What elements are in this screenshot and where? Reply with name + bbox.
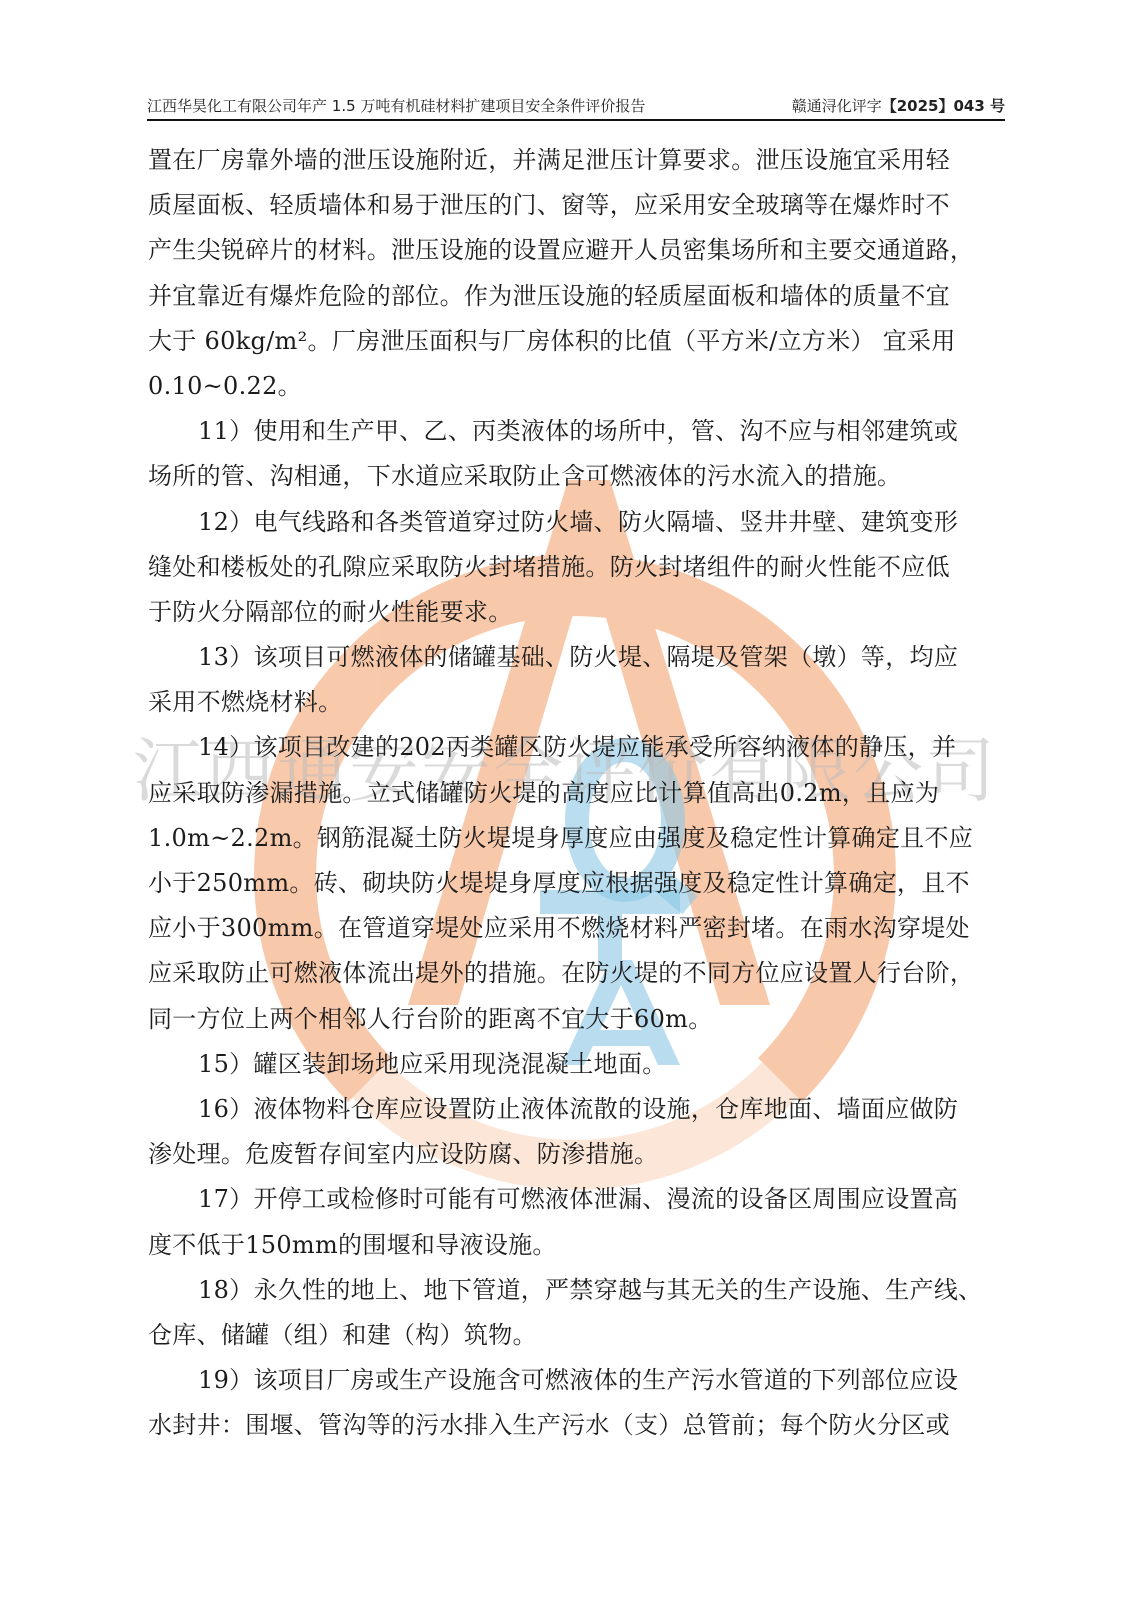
text-line: 度不低于150mm的围堰和导液设施。 bbox=[148, 1223, 1008, 1268]
item-11-first-line: 11）使用和生产甲、乙、丙类液体的场所中，管、沟不应与相邻建筑或 bbox=[148, 409, 1008, 454]
document-body: 置在厂房靠外墙的泄压设施附近，并满足泄压计算要求。泄压设施宜采用轻 质屋面板、轻… bbox=[148, 138, 1008, 1448]
text-line: 渗处理。危废暂存间室内应设防腐、防渗措施。 bbox=[148, 1132, 1008, 1177]
text-line: 产生尖锐碎片的材料。泄压设施的设置应避开人员密集场所和主要交通道路， bbox=[148, 228, 1008, 273]
text-line: 0.10~0.22。 bbox=[148, 364, 1008, 409]
document-number: 赣通浔化评字【2025】043 号 bbox=[792, 95, 1005, 116]
doc-number-prefix: 赣通浔化评字 bbox=[792, 97, 882, 115]
text-line: 同一方位上两个相邻人行台阶的距离不宜大于60m。 bbox=[148, 997, 1008, 1042]
item-16-first-line: 16）液体物料仓库应设置防止液体流散的设施，仓库地面、墙面应做防 bbox=[148, 1087, 1008, 1132]
text-line: 应采取防止可燃液体流出堤外的措施。在防火堤的不同方位应设置人行台阶， bbox=[148, 951, 1008, 996]
doc-number-suffix: 043 号 bbox=[953, 97, 1005, 115]
text-line: 场所的管、沟相通，下水道应采取防止含可燃液体的污水流入的措施。 bbox=[148, 454, 1008, 499]
text-line: 应采取防渗漏措施。立式储罐防火堤的高度应比计算值高出0.2m，且应为 bbox=[148, 771, 1008, 816]
text-line: 采用不燃烧材料。 bbox=[148, 680, 1008, 725]
item-17-first-line: 17）开停工或检修时可能有可燃液体泄漏、漫流的设备区周围应设置高 bbox=[148, 1177, 1008, 1222]
item-13-first-line: 13）该项目可燃液体的储罐基础、防火堤、隔堤及管架（墩）等，均应 bbox=[148, 635, 1008, 680]
text-line: 小于250mm。砖、砌块防火堤堤身厚度应根据强度及稳定性计算确定，且不 bbox=[148, 861, 1008, 906]
item-19-first-line: 19）该项目厂房或生产设施含可燃液体的生产污水管道的下列部位应设 bbox=[148, 1358, 1008, 1403]
doc-number-year: 【2025】 bbox=[882, 97, 954, 115]
header-divider bbox=[147, 119, 1005, 121]
document-page: 江西华昊化工有限公司年产 1.5 万吨有机硅材料扩建项目安全条件评价报告 赣通浔… bbox=[0, 0, 1131, 1600]
text-line: 应小于300mm。在管道穿堤处应采用不燃烧材料严密封堵。在雨水沟穿堤处 bbox=[148, 906, 1008, 951]
text-line: 水封井：围堰、管沟等的污水排入生产污水（支）总管前；每个防火分区或 bbox=[148, 1403, 1008, 1448]
text-line: 于防火分隔部位的耐火性能要求。 bbox=[148, 590, 1008, 635]
text-line: 大于 60kg/m²。厂房泄压面积与厂房体积的比值（平方米/立方米） 宜采用 bbox=[148, 319, 1008, 364]
item-14-first-line: 14）该项目改建的202丙类罐区防火堤应能承受所容纳液体的静压，并 bbox=[148, 725, 1008, 770]
report-title: 江西华昊化工有限公司年产 1.5 万吨有机硅材料扩建项目安全条件评价报告 bbox=[147, 95, 645, 116]
text-line: 缝处和楼板处的孔隙应采取防火封堵措施。防火封堵组件的耐火性能不应低 bbox=[148, 545, 1008, 590]
text-line: 并宜靠近有爆炸危险的部位。作为泄压设施的轻质屋面板和墙体的质量不宜 bbox=[148, 274, 1008, 319]
text-line: 置在厂房靠外墙的泄压设施附近，并满足泄压计算要求。泄压设施宜采用轻 bbox=[148, 138, 1008, 183]
page-header: 江西华昊化工有限公司年产 1.5 万吨有机硅材料扩建项目安全条件评价报告 赣通浔… bbox=[147, 94, 1005, 116]
text-line: 仓库、储罐（组）和建（构）筑物。 bbox=[148, 1313, 1008, 1358]
text-line: 质屋面板、轻质墙体和易于泄压的门、窗等，应采用安全玻璃等在爆炸时不 bbox=[148, 183, 1008, 228]
item-12-first-line: 12）电气线路和各类管道穿过防火墙、防火隔墙、竖井井壁、建筑变形 bbox=[148, 500, 1008, 545]
text-line: 1.0m~2.2m。钢筋混凝土防火堤堤身厚度应由强度及稳定性计算确定且不应 bbox=[148, 816, 1008, 861]
item-18-first-line: 18）永久性的地上、地下管道，严禁穿越与其无关的生产设施、生产线、 bbox=[148, 1268, 1008, 1313]
item-15-first-line: 15）罐区装卸场地应采用现浇混凝土地面。 bbox=[148, 1042, 1008, 1087]
